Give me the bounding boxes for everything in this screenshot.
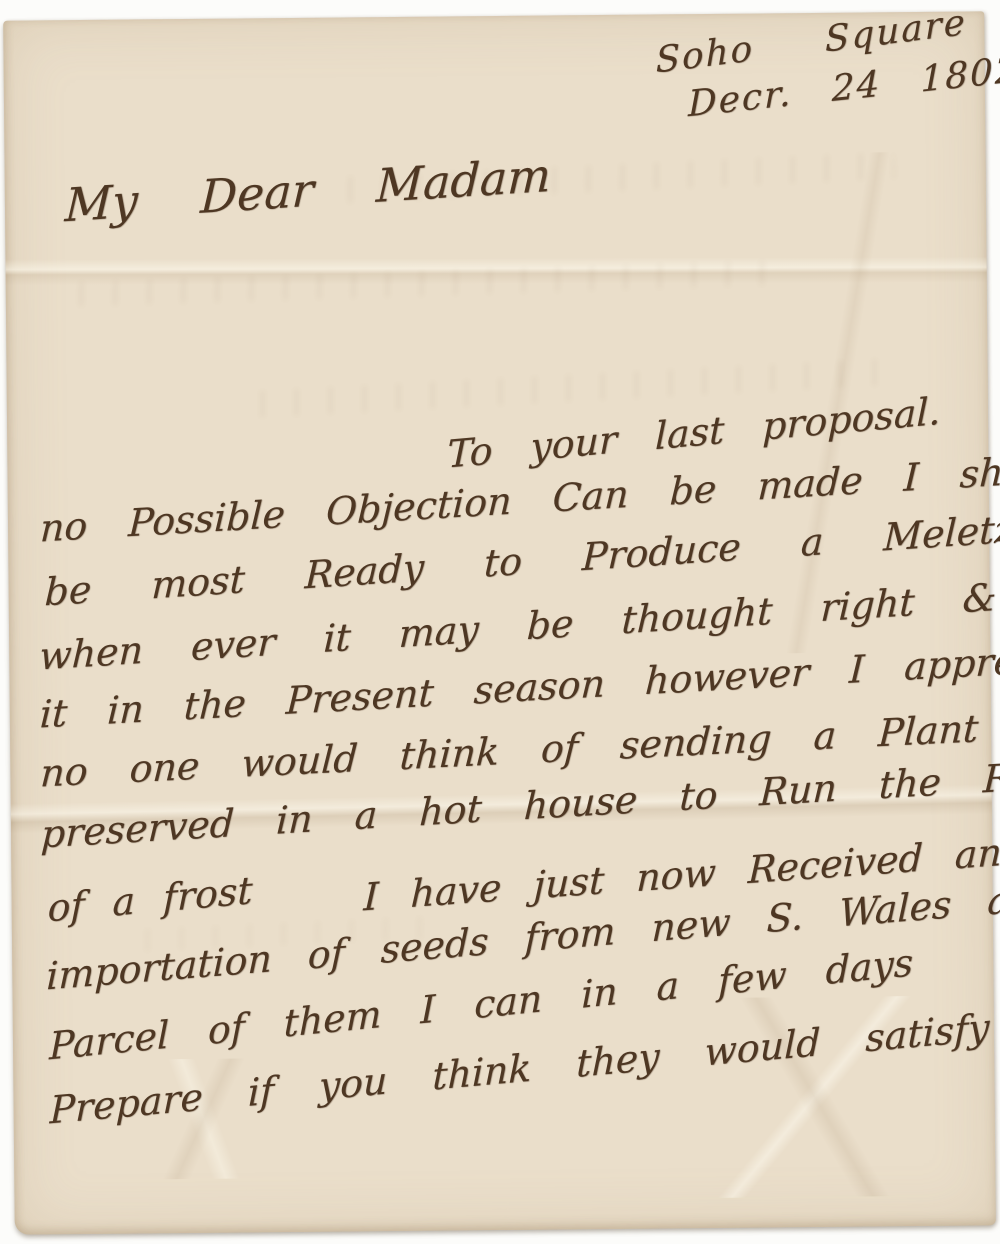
letter-scan: Soho Square Decr. 24 1802 My Dear Madam … (0, 0, 1000, 1244)
letter-line: of a frost (47, 868, 253, 930)
paper-fold-crease (6, 257, 987, 286)
salutation: My Dear Madam (64, 148, 552, 232)
ink-showthrough (66, 261, 766, 306)
letter-paper-sheet: Soho Square Decr. 24 1802 My Dear Madam … (3, 11, 996, 1234)
